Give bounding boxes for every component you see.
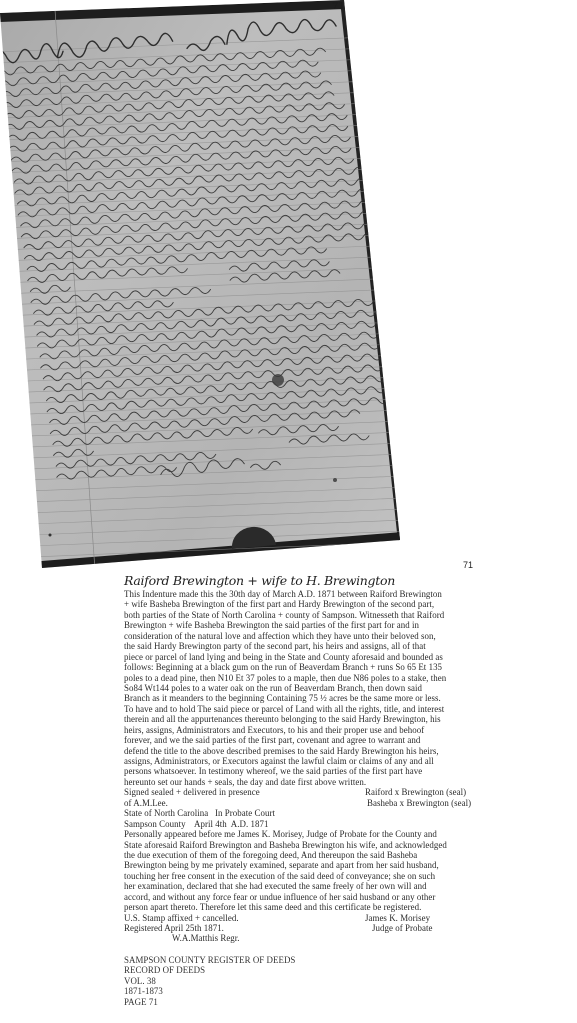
- registered-date: Registered April 25th 1871.: [124, 923, 365, 933]
- page-number: 71: [463, 560, 473, 570]
- probate-line: Brewington being by me privately examine…: [124, 860, 494, 870]
- deed-line: Branch as it meanders to the beginning C…: [124, 693, 494, 703]
- citation-years: 1871-1873: [124, 986, 424, 996]
- signer-2: Basheba x Brewington (seal): [367, 798, 471, 808]
- deed-line: therein and all the appurtenances thereu…: [124, 714, 494, 724]
- deed-line: forever, and we the said parties of the …: [124, 735, 494, 745]
- deed-line: persons whatsoever. In testimony whereof…: [124, 766, 494, 776]
- citation-office: SAMPSON COUNTY REGISTER OF DEEDS: [124, 955, 424, 965]
- citation-volume: VOL. 38: [124, 976, 424, 986]
- probate-date: April 4th A.D. 1871: [178, 819, 268, 829]
- ledger-scan-graphic: [0, 0, 410, 572]
- deed-line: This Indenture made this the 30th day of…: [124, 589, 494, 599]
- register-signature: W.A.Matthis Regr.: [124, 933, 494, 943]
- record-citation: SAMPSON COUNTY REGISTER OF DEEDS RECORD …: [124, 955, 424, 1007]
- signer-1: Raiford x Brewington (seal): [365, 787, 466, 797]
- deed-line: follows: Beginning at a black gum on the…: [124, 662, 494, 672]
- citation-page: PAGE 71: [124, 997, 424, 1007]
- judge-name: James K. Morisey: [365, 913, 430, 923]
- deed-line: poles to a dead pine, then N10 Et 37 pol…: [124, 673, 494, 683]
- deed-line: So84 Wt144 poles to a water oak on the r…: [124, 683, 494, 693]
- citation-record: RECORD OF DEEDS: [124, 965, 424, 975]
- deed-body: This Indenture made this the 30th day of…: [124, 589, 494, 944]
- judge-title: Judge of Probate: [365, 923, 432, 933]
- deed-line: + wife Basheba Brewington of the first p…: [124, 599, 494, 609]
- probate-line: State aforesaid Raiford Brewington and B…: [124, 840, 494, 850]
- witness-line-1: Signed sealed + delivered in presence: [124, 787, 365, 797]
- deed-line: the said Hardy Brewington party of the s…: [124, 641, 494, 651]
- signature-row-1: Signed sealed + delivered in presence Ra…: [124, 787, 494, 797]
- probate-county-row: Sampson County April 4th A.D. 1871: [124, 819, 494, 829]
- deed-line: To have and to hold The said piece or pa…: [124, 704, 494, 714]
- deed-line: heirs, assigns, Administrators and Execu…: [124, 725, 494, 735]
- deed-title: Raiford Brewington + wife to H. Brewingt…: [124, 572, 494, 589]
- probate-line: touching her free consent in the executi…: [124, 871, 494, 881]
- probate-line: accord, and without any force fear or un…: [124, 892, 494, 902]
- deed-line: defend the title to the above described …: [124, 746, 494, 756]
- scanned-ledger-image: 71: [0, 0, 410, 572]
- probate-state: State of North Carolina In Probate Court: [124, 808, 494, 818]
- deed-line: Brewington + wife Basheba Brewington the…: [124, 620, 494, 630]
- closing-row-2: Registered April 25th 1871. Judge of Pro…: [124, 923, 494, 933]
- scan-page-number: 71: [332, 2, 345, 12]
- transcription-block: Raiford Brewington + wife to H. Brewingt…: [124, 572, 494, 944]
- deed-line: piece or parcel of land lying and being …: [124, 652, 494, 662]
- deed-line: both parties of the State of North Carol…: [124, 610, 494, 620]
- deed-line: hereunto set our hands + seals, the day …: [124, 777, 494, 787]
- probate-line: person apart thereto. Therefore let this…: [124, 902, 494, 912]
- closing-row-1: U.S. Stamp affixed + cancelled. James K.…: [124, 913, 494, 923]
- signature-row-2: of A.M.Lee. Basheba x Brewington (seal): [124, 798, 494, 808]
- witness-line-2: of A.M.Lee.: [124, 798, 367, 808]
- probate-line: the due execution of them of the foregoi…: [124, 850, 494, 860]
- deed-line: consideration of the natural love and af…: [124, 631, 494, 641]
- stamp-note: U.S. Stamp affixed + cancelled.: [124, 913, 365, 923]
- probate-county: Sampson County: [124, 819, 178, 829]
- deed-line: assigns, Administrators, or Executors ag…: [124, 756, 494, 766]
- probate-line: Personally appeared before me James K. M…: [124, 829, 494, 839]
- probate-line: her examination, declared that she had e…: [124, 881, 494, 891]
